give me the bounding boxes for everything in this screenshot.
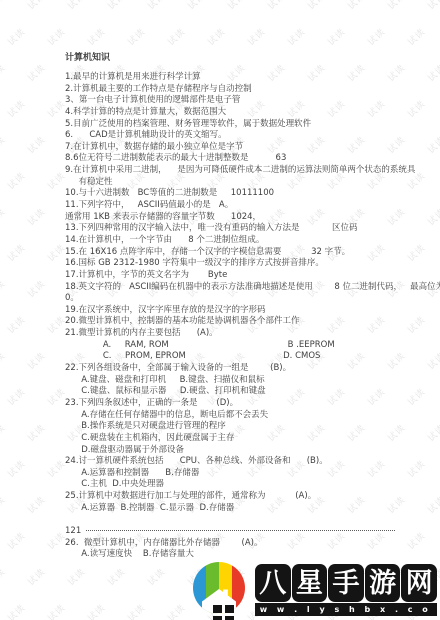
trial-watermark: 试读 [4, 169, 27, 192]
dotted-leader [86, 529, 395, 531]
document-line: 通常用 1KB 来表示存储器的容量字节数 1024， [65, 212, 397, 224]
trial-watermark: 试读 [404, 313, 427, 336]
document-line: C. PROM, EPROM D. CMOS [65, 351, 397, 363]
trial-watermark: 试读 [144, 565, 167, 588]
trial-watermark: 试读 [4, 313, 27, 336]
trial-watermark: 试读 [264, 0, 287, 12]
document-line: A.运算器和控制器 B.存储器 [65, 468, 397, 480]
trial-watermark: 试读 [24, 205, 47, 228]
trial-watermark: 试读 [284, 25, 307, 48]
document-line: 3、第一台电子计算机使用的逻辑部件是电子管 [65, 95, 397, 107]
trial-watermark: 试读 [424, 0, 440, 12]
trial-watermark: 试读 [404, 529, 427, 552]
document-line: 17.计算机中，字节的英文名字为 Byte [65, 270, 397, 282]
trial-watermark: 试读 [104, 0, 127, 12]
logo-site-name: 八星手游网 [255, 564, 437, 602]
trial-watermark: 试读 [24, 133, 47, 156]
document-line: 7.在计算机中，数据存储的最小独立单位是字节 [65, 142, 397, 154]
document-line: 14.在计算机中，一个字节由 8 个二进制位组成。 [65, 235, 397, 247]
trial-watermark: 试读 [404, 241, 427, 264]
logo-url: w w w . l y s h b x . c o m [255, 603, 437, 616]
document-page: 试读试读试读试读试读试读试读试读试读试读试读试读试读试读试读试读试读试读试读试读… [0, 0, 440, 620]
trial-watermark: 试读 [164, 25, 187, 48]
document-line: 4.科学计算的特点是计算量大，数据范围大 [65, 107, 397, 119]
trial-watermark: 试读 [0, 421, 8, 444]
document-body: 1.最早的计算机是用来进行科学计算2.计算机最主要的工作特点是存储程序与自动控制… [65, 72, 397, 561]
site-logo: 八星手游网 w w w . l y s h b x . c o m [185, 558, 440, 620]
document-line: 21.微型计算机的内存主要包括 (A)。 [65, 328, 397, 340]
trial-watermark: 试读 [124, 601, 147, 620]
trial-watermark: 试读 [224, 0, 247, 12]
trial-watermark: 试读 [64, 565, 87, 588]
trial-watermark: 试读 [184, 0, 207, 12]
logo-character: 网 [401, 564, 437, 602]
trial-watermark: 试读 [404, 457, 427, 480]
logo-character: 八 [255, 564, 291, 602]
logo-square [213, 605, 222, 613]
trial-watermark: 试读 [364, 25, 387, 48]
trial-watermark: 试读 [4, 97, 27, 120]
document-line: A. RAM, ROM B .EEPROM [65, 340, 397, 352]
document-line: 19.在汉字系统中，汉字字库里存放的是汉字的字形码 [65, 305, 397, 317]
document-line: A.键盘、磁盘和打印机 B.键盘、扫描仪和鼠标 [65, 375, 397, 387]
document-line: 121 [65, 526, 397, 538]
trial-watermark: 试读 [0, 133, 8, 156]
trial-watermark: 试读 [4, 241, 27, 264]
document-line: 5.目前广泛使用的档案管理、财务管理等软件，属于数据处理软件 [65, 119, 397, 131]
trial-watermark: 试读 [0, 565, 8, 588]
trial-watermark: 试读 [4, 385, 27, 408]
logo-square [225, 605, 234, 613]
document-line: B.操作系统是只对硬盘进行管理的程序 [65, 421, 397, 433]
document-line: 25.计算机中对数据进行加工与处理的部件，通常称为 (A)。 [65, 491, 397, 503]
logo-square [225, 616, 234, 620]
trial-watermark: 试读 [4, 601, 27, 620]
trial-watermark: 试读 [404, 385, 427, 408]
document-line: 1.最早的计算机是用来进行科学计算 [65, 72, 397, 84]
trial-watermark: 试读 [24, 0, 47, 12]
trial-watermark: 试读 [0, 61, 8, 84]
logo-window-icon [213, 605, 234, 620]
document-line: D.磁盘驱动器属于外部设备 [65, 445, 397, 457]
document-line: C.主机 D.中央处理器 [65, 479, 397, 491]
trial-watermark: 试读 [424, 205, 440, 228]
document-line: 24.讨一算机硬件系统包括 CPU、各种总线、外部设备和 (B)。 [65, 456, 397, 468]
document-line: 0。 [65, 293, 397, 305]
trial-watermark: 试读 [24, 565, 47, 588]
document-line: 2.计算机最主要的工作特点是存储程序与自动控制 [65, 84, 397, 96]
document-title: 计算机知识 [65, 50, 110, 63]
document-line: 23.下列四条叙述中，正确的一条是 (D)。 [65, 398, 397, 410]
trial-watermark: 试读 [0, 0, 8, 12]
trial-watermark: 试读 [404, 97, 427, 120]
document-line: C.硬盘装在主机箱内，因此硬盘属于主存 [65, 433, 397, 445]
trial-watermark: 试读 [24, 277, 47, 300]
document-line [65, 514, 397, 526]
document-line: 8.6位无符号二进制数能表示的最大十进制整数是 63 [65, 153, 397, 165]
trial-watermark: 试读 [324, 25, 347, 48]
document-line: 13.下列四种常用的汉字输入法中，唯一没有重码的输入方法是 区位码 [65, 223, 397, 235]
trial-watermark: 试读 [384, 0, 407, 12]
trial-watermark: 试读 [0, 205, 8, 228]
trial-watermark: 试读 [424, 493, 440, 516]
trial-watermark: 试读 [64, 0, 87, 12]
trial-watermark: 试读 [424, 421, 440, 444]
logo-character: 手 [328, 564, 364, 602]
document-line: 20.微型计算机中，控制器的基本功能是协调机器各个部件工作 [65, 316, 397, 328]
trial-watermark: 试读 [24, 421, 47, 444]
trial-watermark: 试读 [0, 349, 8, 372]
trial-watermark: 试读 [0, 277, 8, 300]
trial-watermark: 试读 [24, 61, 47, 84]
trial-watermark: 试读 [104, 565, 127, 588]
document-line: 9.在计算机中采用二进制， 是因为可降低硬件成本二进制的运算法则简单两个状态的系… [65, 165, 397, 177]
trial-watermark: 试读 [424, 133, 440, 156]
trial-watermark: 试读 [404, 25, 427, 48]
trial-watermark: 试读 [0, 493, 8, 516]
document-line: 26. 微型计算机中，内存储器比外存储器 (A)。 [65, 538, 397, 550]
trial-watermark: 试读 [244, 25, 267, 48]
trial-watermark: 试读 [124, 25, 147, 48]
trial-watermark: 试读 [304, 0, 327, 12]
logo-square [213, 616, 222, 620]
document-line: 15.在 16X16 点阵字库中，存储一个汉字的字模信息需要 32 字节。 [65, 247, 397, 259]
logo-character: 游 [365, 564, 401, 602]
document-line: 有稳定性 [65, 177, 397, 189]
trial-watermark: 试读 [424, 349, 440, 372]
trial-watermark: 试读 [344, 0, 367, 12]
document-line: 18.英文字符的 ASCII编码在机器中的表示方法准确地描述是使用 8 位二进制… [65, 282, 397, 294]
trial-watermark: 试读 [424, 61, 440, 84]
document-line: 10.与十六进制数 BC等值的二进制数是 10111100 [65, 188, 397, 200]
logo-character: 星 [292, 564, 328, 602]
trial-watermark: 试读 [44, 601, 67, 620]
trial-watermark: 试读 [24, 493, 47, 516]
document-line: 22.下列各组设备中，全部属于输入设备的一组是 (B)。 [65, 363, 397, 375]
trial-watermark: 试读 [4, 25, 27, 48]
trial-watermark: 试读 [84, 25, 107, 48]
document-line: C.键盘、鼠标和显示器 D.硬盘、打印机和键盘 [65, 386, 397, 398]
document-line: A.存储在任何存储器中的信息，断电后都不会丢失 [65, 410, 397, 422]
document-line: A.运算器 B.控制器 C.显示器 D.存储器 [65, 503, 397, 515]
trial-watermark: 试读 [4, 457, 27, 480]
trial-watermark: 试读 [144, 0, 167, 12]
document-line: 16.国标 GB 2312-1980 字符集中一级汉字的排序方式按拼音排序。 [65, 258, 397, 270]
trial-watermark: 试读 [44, 25, 67, 48]
trial-watermark: 试读 [24, 349, 47, 372]
document-line: 6. CAD是计算机辅助设计的英文缩写。 [65, 130, 397, 142]
document-line: 11.下列字符中， ASCII码值最小的是 A。 [65, 200, 397, 212]
trial-watermark: 试读 [84, 601, 107, 620]
trial-watermark: 试读 [204, 25, 227, 48]
trial-watermark: 试读 [4, 529, 27, 552]
